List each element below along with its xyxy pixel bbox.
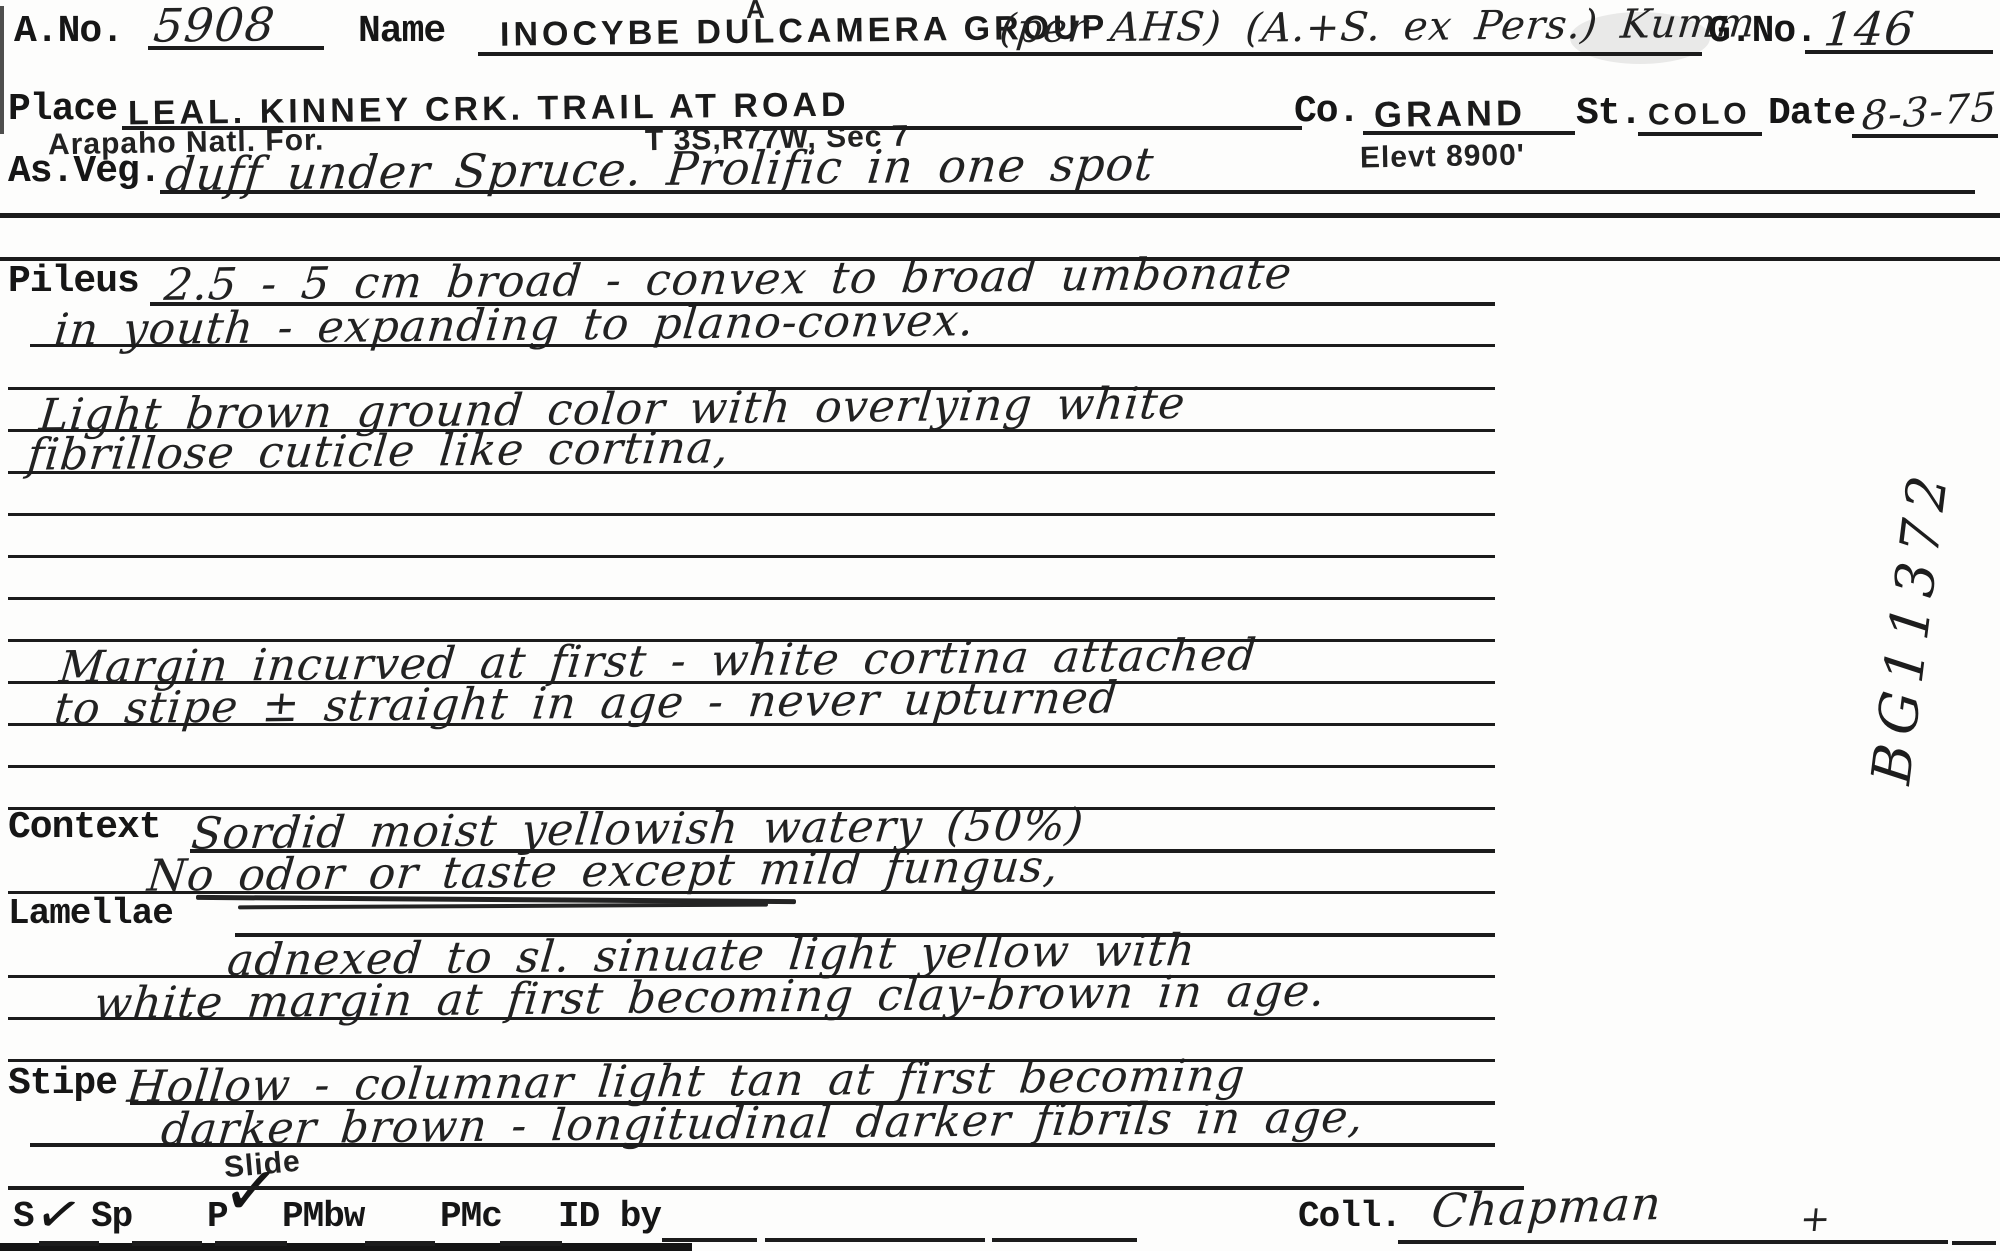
associated-vegetation-value: duff under Spruce. Prolific in one spot bbox=[163, 141, 1156, 197]
side-catalog-code: BG11372 bbox=[1857, 443, 1963, 808]
pileus-line-4: fibrillose cuticle like cortina, bbox=[26, 426, 732, 477]
ruled-line bbox=[8, 1186, 1524, 1190]
spore-print-label: S bbox=[13, 1196, 34, 1237]
ruled-line bbox=[8, 807, 1495, 810]
ruled-line bbox=[0, 213, 2000, 218]
ruled-line bbox=[8, 975, 1495, 978]
state-label: St. bbox=[1576, 92, 1641, 135]
id-by-label: ID by bbox=[558, 1196, 661, 1237]
ruled-line bbox=[235, 933, 1495, 937]
ruled-line bbox=[122, 126, 1302, 130]
ruled-line bbox=[150, 302, 1495, 306]
ruled-line bbox=[8, 429, 1495, 432]
lamellae-label: Lamellae bbox=[8, 893, 173, 934]
ruled-line bbox=[30, 1143, 1495, 1147]
ruled-line bbox=[215, 1241, 287, 1246]
ruled-line bbox=[8, 639, 1495, 642]
ruled-line bbox=[132, 1241, 202, 1246]
pmbw-label: PMbw bbox=[282, 1196, 364, 1237]
hand-underline bbox=[238, 903, 768, 910]
place-label: Place bbox=[8, 88, 117, 131]
ruled-line bbox=[8, 1059, 1495, 1062]
check-mark: ✓ bbox=[220, 1154, 283, 1228]
ruled-line bbox=[8, 1017, 1495, 1020]
ruled-line bbox=[1805, 50, 1993, 54]
accession-number-label: A.No. bbox=[14, 10, 123, 53]
state-value: COLO bbox=[1648, 99, 1751, 130]
scan-edge-artifact bbox=[0, 6, 4, 134]
associated-vegetation-label: As.Veg. bbox=[8, 150, 161, 193]
name-authority: (A.+S. ex Pers.) Kumm bbox=[1244, 3, 1757, 48]
stipe-label: Stipe bbox=[8, 1062, 117, 1105]
genus-number-label: G.No. bbox=[1708, 10, 1817, 53]
ruled-line bbox=[1398, 1240, 1948, 1244]
ruled-line bbox=[190, 849, 1495, 853]
ruled-line bbox=[8, 387, 1495, 390]
ruled-line bbox=[148, 46, 324, 50]
collector-label: Coll. bbox=[1298, 1196, 1401, 1237]
ruled-line bbox=[8, 765, 1495, 768]
genus-number-value: 146 bbox=[1822, 6, 1917, 53]
ruled-line bbox=[0, 257, 2000, 261]
county-value: GRAND bbox=[1374, 95, 1526, 133]
ruled-line bbox=[8, 891, 1495, 894]
insertion-mark: A bbox=[746, 0, 766, 22]
date-value: 8-3-75 bbox=[1861, 87, 1998, 136]
collector-mark: + bbox=[1798, 1202, 1833, 1238]
name-source-note: (per AHS) bbox=[998, 7, 1224, 49]
ruled-line bbox=[160, 190, 1975, 194]
elevation-note: Elevt 8900' bbox=[1360, 141, 1525, 174]
ruled-line bbox=[8, 723, 1495, 726]
pileus-label: Pileus bbox=[8, 260, 139, 303]
pmc-label: PMc bbox=[440, 1196, 502, 1237]
ruled-line bbox=[8, 681, 1495, 684]
name-label: Name bbox=[358, 10, 445, 53]
sp-label: Sp bbox=[91, 1196, 132, 1237]
ruled-line bbox=[39, 1241, 99, 1246]
collection-card: A.No. 5908 Name INOCYBE DULCAMERA GROUP … bbox=[0, 0, 2000, 1251]
ruled-line bbox=[30, 344, 1495, 347]
ruled-line bbox=[8, 597, 1495, 600]
context-label: Context bbox=[8, 806, 161, 849]
check-mark: ✓ bbox=[31, 1184, 86, 1246]
ruled-line bbox=[992, 1238, 1137, 1242]
ruled-line bbox=[1852, 134, 1998, 138]
ruled-line bbox=[1363, 131, 1575, 135]
ruled-line bbox=[500, 1241, 562, 1246]
ruled-line bbox=[8, 471, 1495, 474]
ruled-line bbox=[8, 555, 1495, 558]
ruled-line bbox=[1952, 1241, 1996, 1245]
ruled-line bbox=[662, 1238, 757, 1242]
scan-edge-artifact bbox=[0, 1243, 692, 1251]
county-label: Co. bbox=[1294, 90, 1359, 133]
ruled-line bbox=[765, 1238, 985, 1242]
accession-number-value: 5908 bbox=[152, 1, 278, 48]
ruled-line bbox=[365, 1241, 435, 1246]
ruled-line bbox=[130, 1101, 1495, 1105]
date-label: Date bbox=[1768, 92, 1855, 135]
ruled-line bbox=[1638, 132, 1762, 136]
ruled-line bbox=[478, 52, 1702, 56]
ruled-line bbox=[8, 513, 1495, 516]
